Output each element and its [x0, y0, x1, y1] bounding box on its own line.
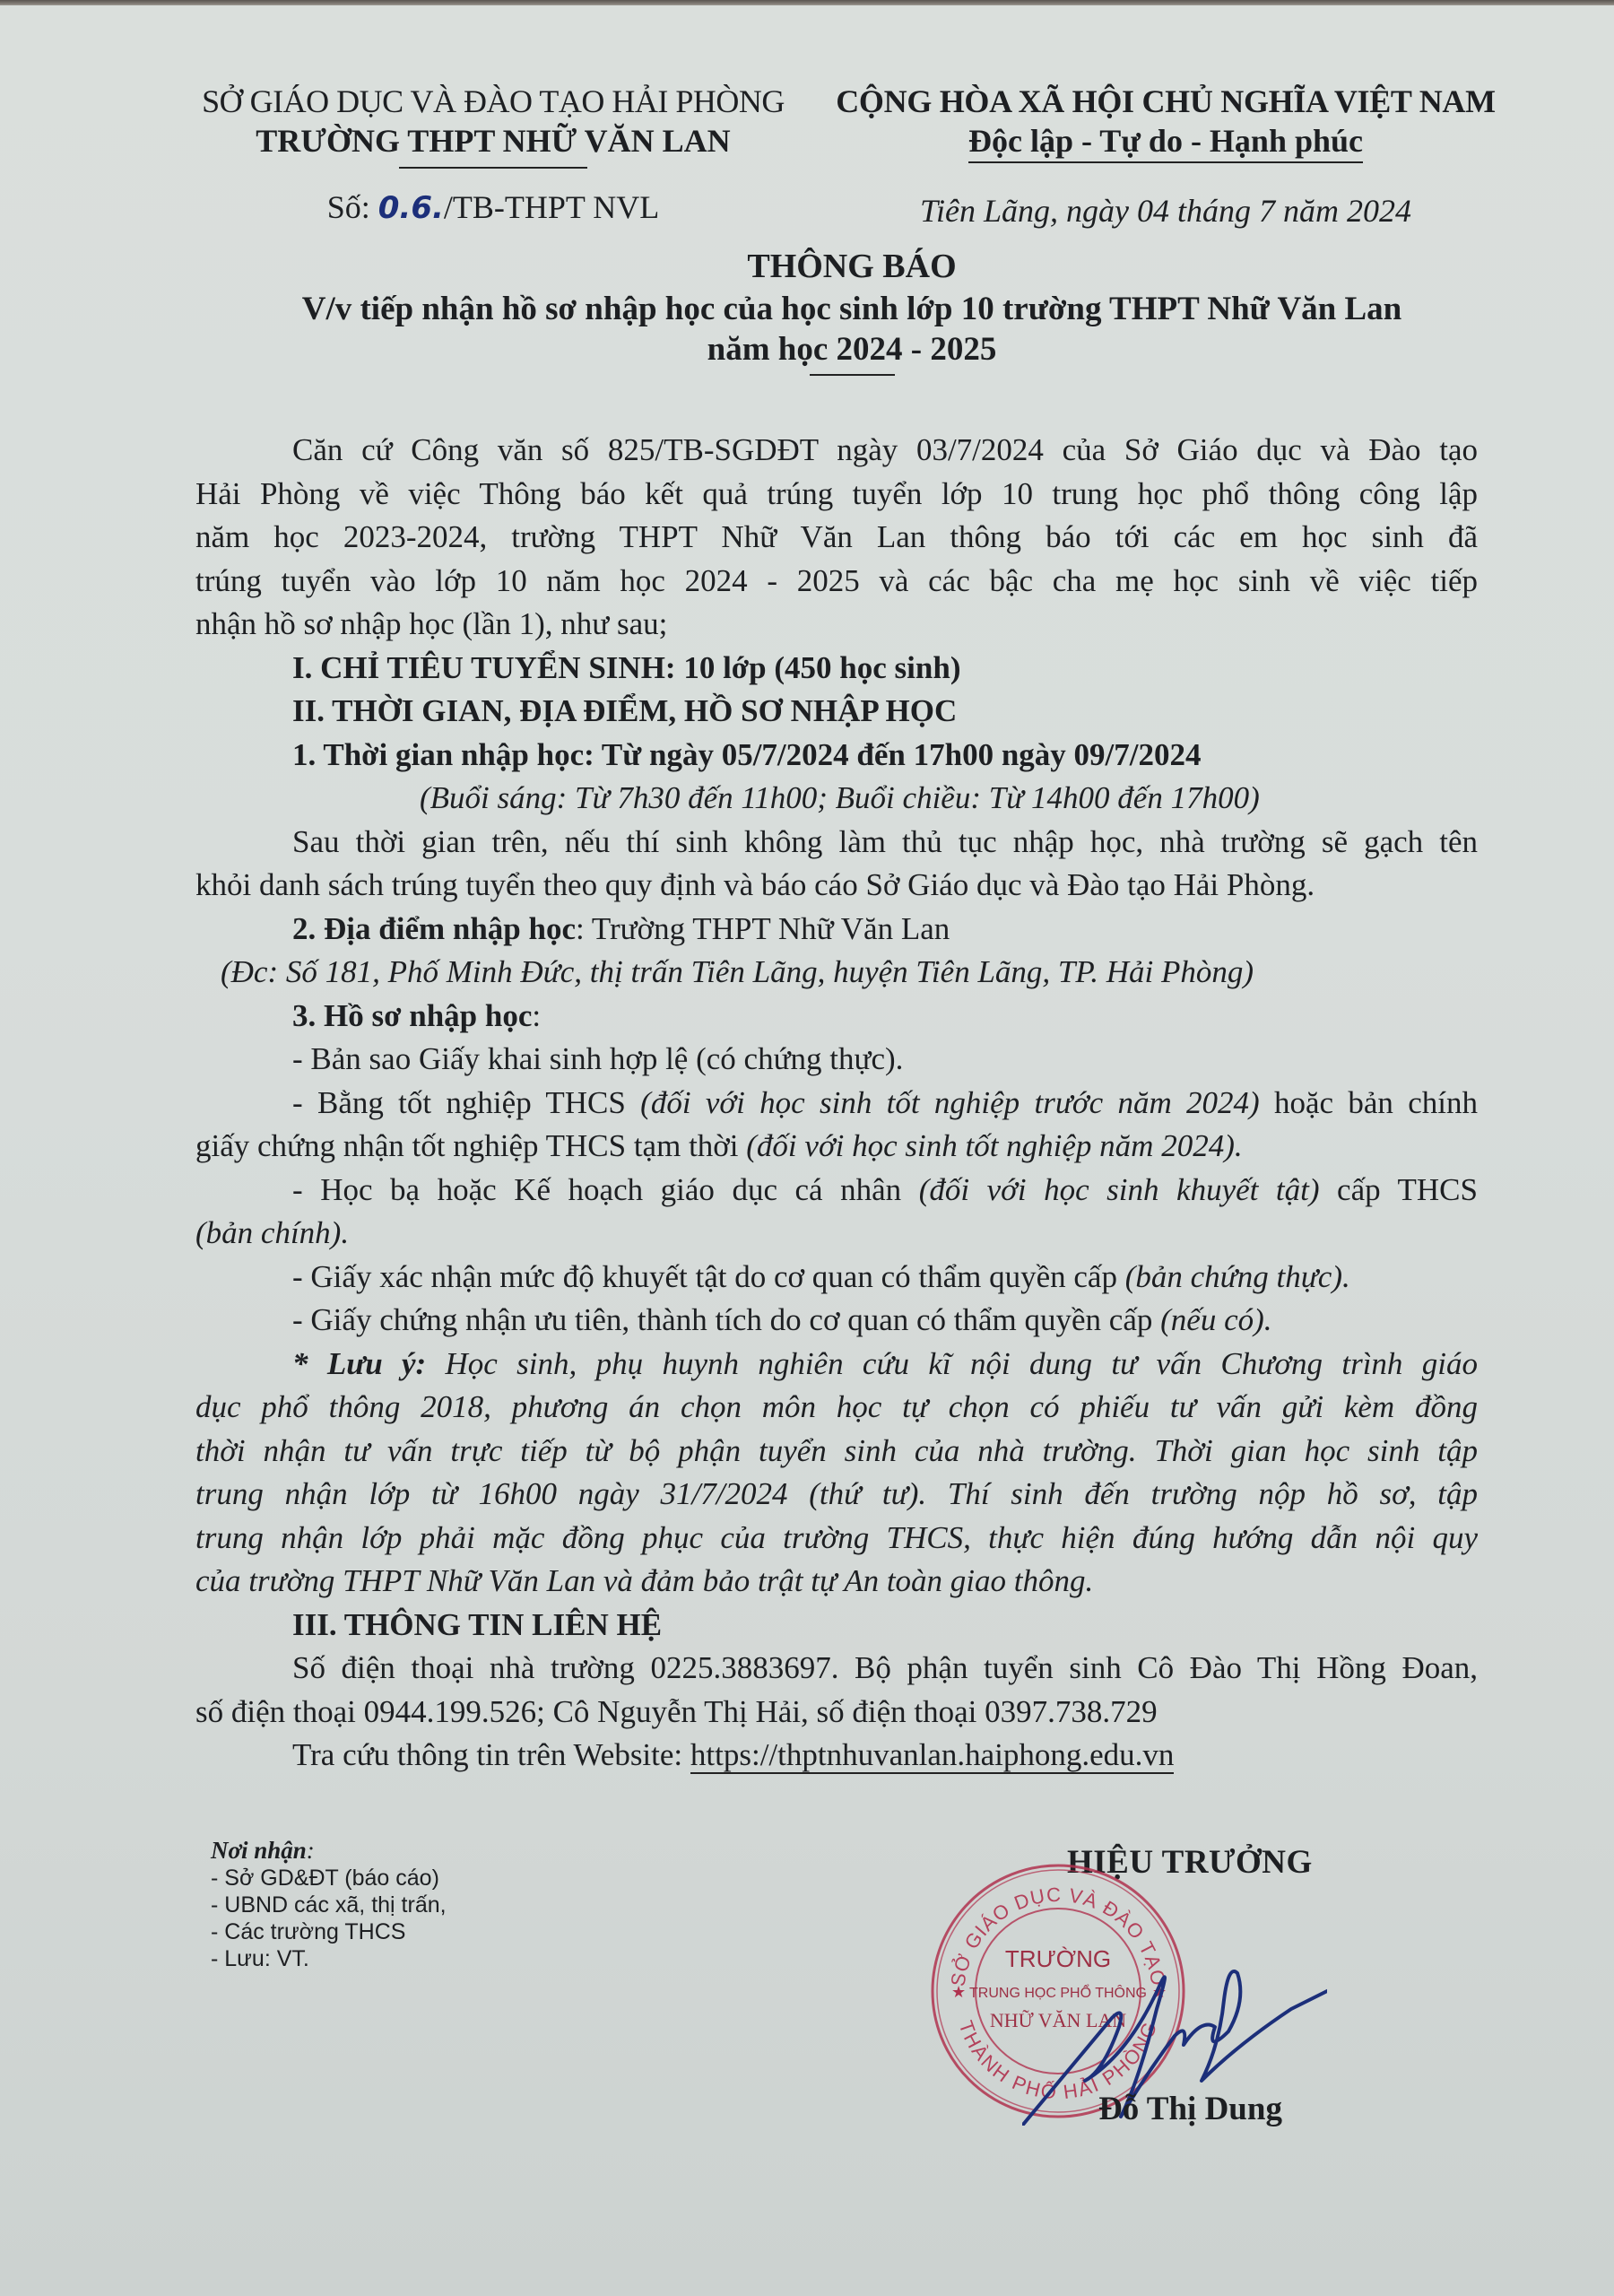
document-item-note: (đối với học sinh tốt nghiệp trước năm 2… [640, 1085, 1260, 1120]
website-link[interactable]: https://thptnhuvanlan.haiphong.edu.vn [690, 1737, 1175, 1774]
document-item-note: (đối với học sinh tốt nghiệp năm 2024). [746, 1128, 1242, 1163]
documents-heading-colon: : [532, 998, 541, 1033]
contact-line: Số điện thoại nhà trường 0225.3883697. B… [195, 1647, 1478, 1691]
document-item-text: - Giấy chứng nhận ưu tiên, thành tích do… [292, 1302, 1160, 1337]
intro-line: trúng tuyển vào lớp 10 năm học 2024 - 20… [195, 560, 1478, 604]
document-item-text: - Giấy xác nhận mức độ khuyết tật do cơ … [292, 1259, 1125, 1294]
admission-time-heading: 1. Thời gian nhập học: Từ ngày 05/7/2024… [195, 734, 1478, 778]
document-item-note: (bản chứng thực). [1125, 1259, 1350, 1294]
issuer-underline [399, 167, 587, 169]
note-line: dục phổ thông 2018, phương án chọn môn h… [195, 1386, 1478, 1430]
recipients-block: Nơi nhận: - Sở GD&ĐT (báo cáo) - UBND cá… [211, 1837, 447, 1972]
recipient-item: - Lưu: VT. [211, 1945, 447, 1972]
recipients-heading: Nơi nhận: [211, 1837, 447, 1865]
website-label: Tra cứu thông tin trên Website: [292, 1737, 690, 1772]
note-text: Học sinh, phụ huynh nghiên cứu kĩ nội du… [426, 1346, 1478, 1381]
document-subject-line2: năm học 2024 - 2025 [224, 330, 1479, 369]
note-line: của trường THPT Nhữ Văn Lan và đảm bảo t… [195, 1560, 1478, 1604]
doc-number-handwritten: 0.6. [378, 190, 444, 226]
section1-heading: I. CHỈ TIÊU TUYỂN SINH: 10 lớp (450 học … [195, 647, 1478, 691]
document-item-continued: giấy chứng nhận tốt nghiệp THCS tạm thời… [195, 1125, 1478, 1169]
document-item: - Bằng tốt nghiệp THCS (đối với học sinh… [195, 1082, 1478, 1126]
document-item-text: - Học bạ hoặc Kế hoạch giáo dục cá nhân [292, 1172, 919, 1207]
national-motto: Độc lập - Tự do - Hạnh phúc [968, 122, 1363, 163]
document-item: - Giấy xác nhận mức độ khuyết tật do cơ … [195, 1256, 1478, 1300]
document-item: - Bản sao Giấy khai sinh hợp lệ (có chứn… [195, 1038, 1478, 1082]
documents-heading-label: 3. Hồ sơ nhập học [292, 998, 532, 1033]
document-subject-line1: V/v tiếp nhận hồ sơ nhập học của học sin… [224, 290, 1479, 328]
intro-line: năm học 2023-2024, trường THPT Nhữ Văn L… [195, 516, 1478, 560]
issuer-block: SỞ GIÁO DỤC VÀ ĐÀO TẠO HẢI PHÒNG TRƯỜNG … [188, 83, 798, 226]
issuer-department: SỞ GIÁO DỤC VÀ ĐÀO TẠO HẢI PHÒNG [188, 83, 798, 120]
place-date: Tiên Lãng, ngày 04 tháng 7 năm 2024 [807, 192, 1524, 230]
admission-note-line: khỏi danh sách trúng tuyển theo quy định… [195, 864, 1478, 908]
doc-number-suffix: /TB-THPT NVL [444, 189, 659, 225]
intro-line: Căn cứ Công văn số 825/TB-SGDĐT ngày 03/… [195, 429, 1478, 473]
note-line: * Lưu ý: Học sinh, phụ huynh nghiên cứu … [195, 1343, 1478, 1387]
stamp-star-icon: ★ [951, 1983, 966, 2001]
document-item-text: cấp THCS [1320, 1172, 1478, 1207]
nation-name: CỘNG HÒA XÃ HỘI CHỦ NGHĨA VIỆT NAM [807, 83, 1524, 120]
document-body: Căn cứ Công văn số 825/TB-SGDĐT ngày 03/… [195, 429, 1478, 1778]
documents-heading: 3. Hồ sơ nhập học: [195, 995, 1478, 1039]
issuer-school: TRƯỜNG THPT NHỮ VĂN LAN [188, 122, 798, 160]
document-item-continued: (bản chính). [195, 1212, 1478, 1256]
signer-name: Đỗ Thị Dung [1098, 2090, 1282, 2128]
note-line: thời nhận tư vấn trực tiếp từ bộ phận tu… [195, 1430, 1478, 1474]
document-title-block: THÔNG BÁO V/v tiếp nhận hồ sơ nhập học c… [224, 247, 1479, 376]
document-number: Số: 0.6./TB-THPT NVL [188, 188, 798, 226]
document-item: - Giấy chứng nhận ưu tiên, thành tích do… [195, 1299, 1478, 1343]
document-item-text: - Bằng tốt nghiệp THCS [292, 1085, 640, 1120]
website-line: Tra cứu thông tin trên Website: https://… [195, 1734, 1478, 1778]
title-underline [810, 374, 895, 376]
document-item-text: hoặc bản chính [1260, 1085, 1478, 1120]
note-line: trung nhận lớp phải mặc đồng phục của tr… [195, 1517, 1478, 1561]
section2-heading: II. THỜI GIAN, ĐỊA ĐIỂM, HỒ SƠ NHẬP HỌC [195, 690, 1478, 734]
document-item-note: (nếu có). [1160, 1302, 1271, 1337]
admission-address: (Đc: Số 181, Phố Minh Đức, thị trấn Tiên… [195, 951, 1478, 995]
admission-place: 2. Địa điểm nhập học: Trường THPT Nhữ Vă… [195, 908, 1478, 952]
doc-number-prefix: Số: [327, 189, 378, 225]
recipient-item: - UBND các xã, thị trấn, [211, 1892, 447, 1918]
recipients-heading-colon: : [307, 1837, 315, 1864]
section3-heading: III. THÔNG TIN LIÊN HỆ [195, 1604, 1478, 1648]
recipient-item: - Các trường THCS [211, 1918, 447, 1945]
document-item-note: (đối với học sinh khuyết tật) [919, 1172, 1320, 1207]
note-label: * Lưu ý: [292, 1346, 426, 1381]
admission-place-value: : Trường THPT Nhữ Văn Lan [576, 911, 950, 946]
document-title: THÔNG BÁO [224, 247, 1479, 286]
intro-line: Hải Phòng về việc Thông báo kết quả trún… [195, 473, 1478, 517]
document-item: - Học bạ hoặc Kế hoạch giáo dục cá nhân … [195, 1169, 1478, 1213]
admission-note-line: Sau thời gian trên, nếu thí sinh không l… [195, 821, 1478, 865]
recipient-item: - Sở GD&ĐT (báo cáo) [211, 1865, 447, 1892]
national-header: CỘNG HÒA XÃ HỘI CHỦ NGHĨA VIỆT NAM Độc l… [807, 83, 1524, 230]
document-item-text: giấy chứng nhận tốt nghiệp THCS tạm thời [195, 1128, 746, 1163]
intro-line: nhận hồ sơ nhập học (lần 1), như sau; [195, 603, 1478, 647]
contact-line: số điện thoại 0944.199.526; Cô Nguyễn Th… [195, 1691, 1478, 1735]
recipients-heading-label: Nơi nhận [211, 1837, 307, 1864]
admission-hours: (Buổi sáng: Từ 7h30 đến 11h00; Buổi chiề… [195, 777, 1478, 821]
admission-place-label: 2. Địa điểm nhập học [292, 911, 576, 946]
note-line: trung nhận lớp từ 16h00 ngày 31/7/2024 (… [195, 1473, 1478, 1517]
